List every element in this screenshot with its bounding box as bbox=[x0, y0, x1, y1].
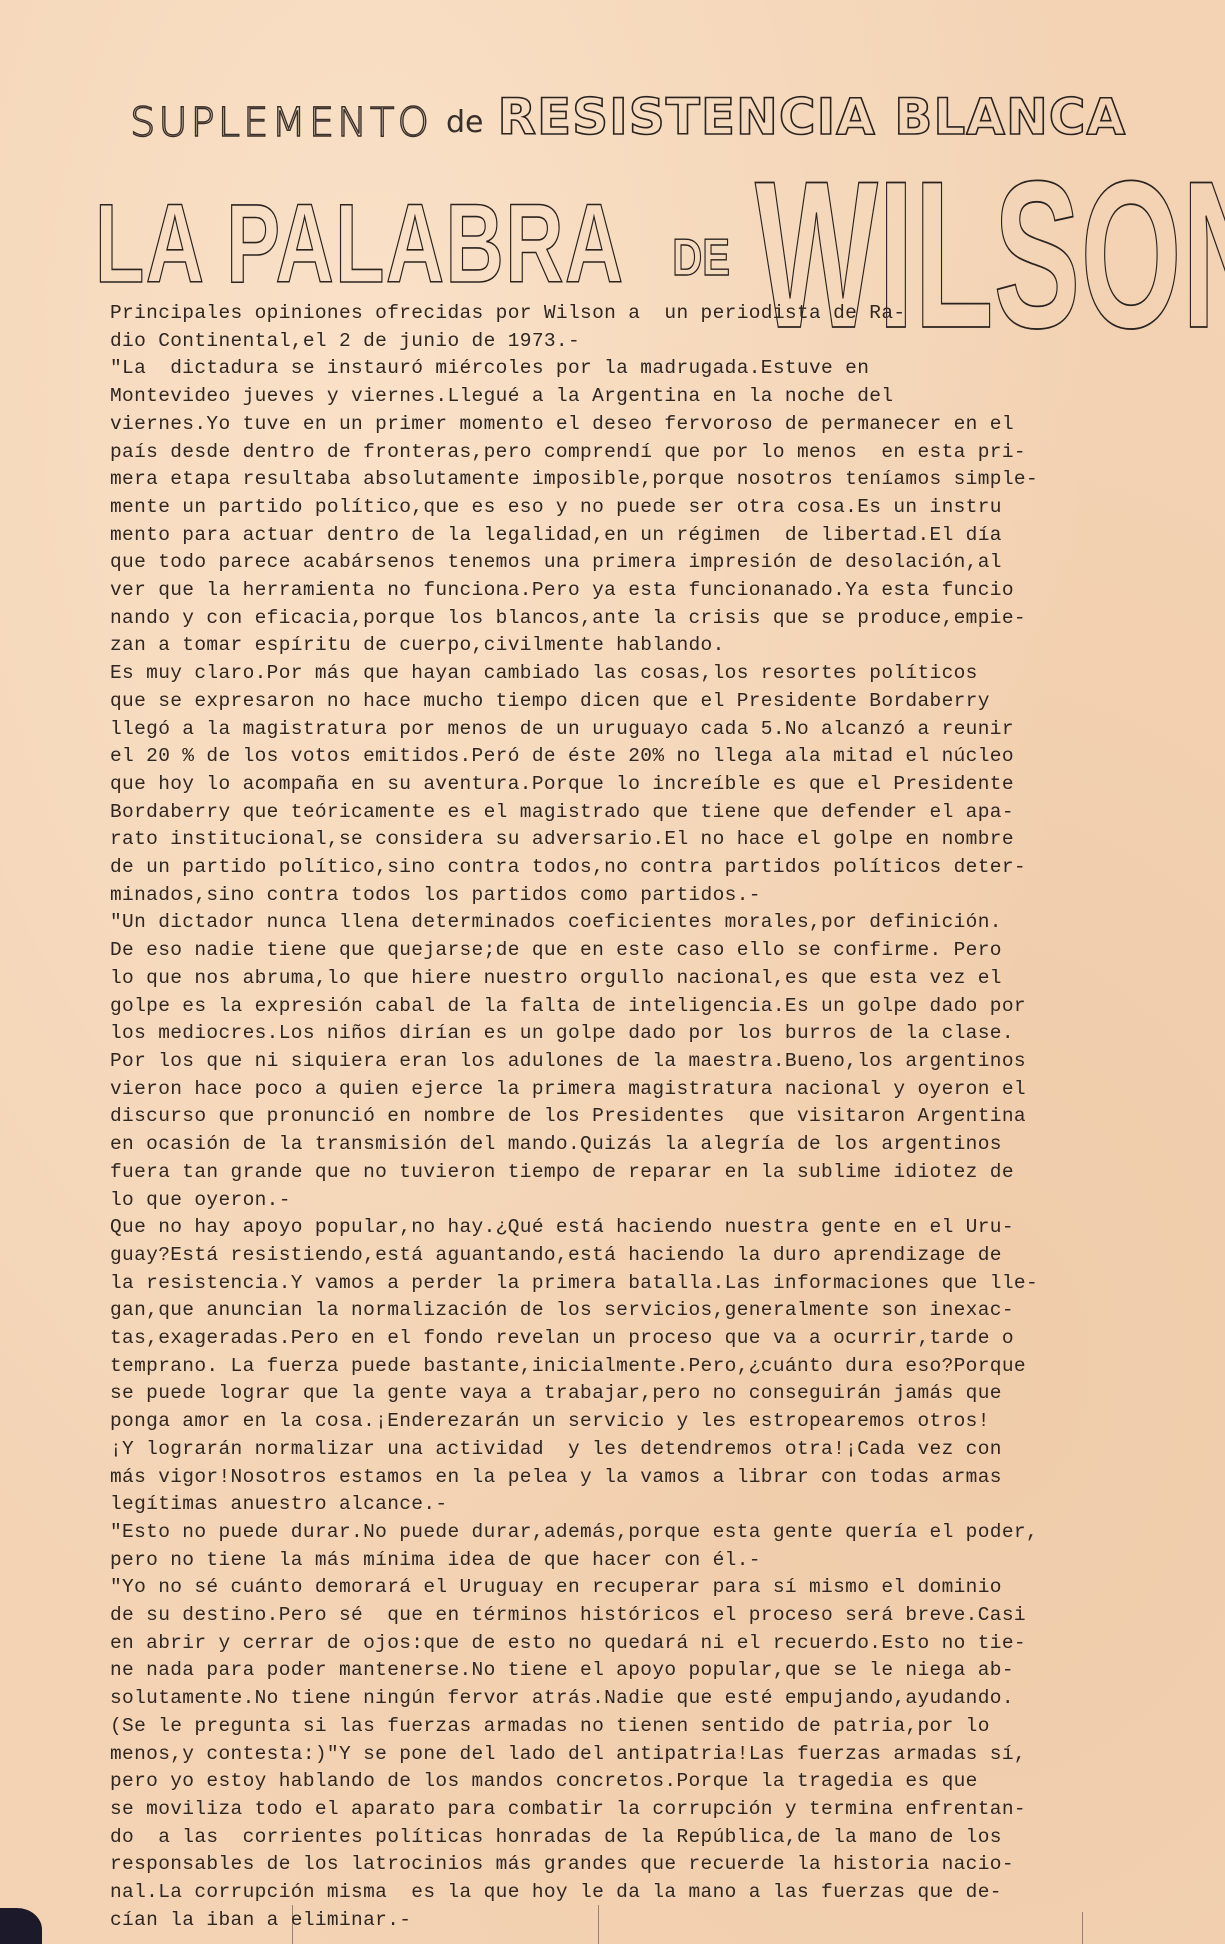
text-line: zan a tomar espíritu de cuerpo,civilment… bbox=[110, 632, 1130, 660]
text-line: ne nada para poder mantenerse.No tiene e… bbox=[110, 1657, 1130, 1685]
title-part-1: LA PALABRA bbox=[95, 188, 625, 300]
text-line: el 20 % de los votos emitidos.Peró de és… bbox=[110, 743, 1130, 771]
text-line: nando y con eficacia,porque los blancos,… bbox=[110, 605, 1130, 633]
text-line: rato institucional,se considera su adver… bbox=[110, 826, 1130, 854]
text-line: tas,exageradas.Pero en el fondo revelan … bbox=[110, 1325, 1130, 1353]
paper-crease bbox=[292, 1905, 293, 1944]
text-line: en abrir y cerrar de ojos:que de esto no… bbox=[110, 1630, 1130, 1658]
text-line: guay?Está resistiendo,está aguantando,es… bbox=[110, 1242, 1130, 1270]
text-line: golpe es la expresión cabal de la falta … bbox=[110, 993, 1130, 1021]
text-line: los mediocres.Los niños dirían es un gol… bbox=[110, 1020, 1130, 1048]
text-line: legítimas anuestro alcance.- bbox=[110, 1491, 1130, 1519]
text-line: que todo parece acabársenos tenemos una … bbox=[110, 549, 1130, 577]
text-line: responsables de los latrocinios más gran… bbox=[110, 1851, 1130, 1879]
text-line: (Se le pregunta si las fuerzas armadas n… bbox=[110, 1713, 1130, 1741]
text-line: "Un dictador nunca llena determinados co… bbox=[110, 909, 1130, 937]
document-page: SUPLEMENTO de RESISTENCIA BLANCA LA PALA… bbox=[0, 0, 1225, 1944]
title-de: DE bbox=[672, 228, 730, 288]
text-line: menos,y contesta:)"Y se pone del lado de… bbox=[110, 1741, 1130, 1769]
text-line: Es muy claro.Por más que hayan cambiado … bbox=[110, 660, 1130, 688]
text-line: se puede lograr que la gente vaya a trab… bbox=[110, 1380, 1130, 1408]
text-line: que se expresaron no hace mucho tiempo d… bbox=[110, 688, 1130, 716]
text-line: en ocasión de la transmisión del mando.Q… bbox=[110, 1131, 1130, 1159]
text-line: se moviliza todo el aparato para combati… bbox=[110, 1796, 1130, 1824]
text-line: pero no tiene la más mínima idea de que … bbox=[110, 1547, 1130, 1575]
paper-crease bbox=[598, 1905, 599, 1944]
ink-blot bbox=[0, 1908, 42, 1944]
text-line: do a las corrientes políticas honradas d… bbox=[110, 1824, 1130, 1852]
text-line: discurso que pronunció en nombre de los … bbox=[110, 1103, 1130, 1131]
text-line: viernes.Yo tuve en un primer momento el … bbox=[110, 411, 1130, 439]
text-line: que hoy lo acompaña en su aventura.Porqu… bbox=[110, 771, 1130, 799]
text-line: mera etapa resultaba absolutamente impos… bbox=[110, 466, 1130, 494]
text-line: lo que nos abruma,lo que hiere nuestro o… bbox=[110, 965, 1130, 993]
text-line: cían la iban a eliminar.- bbox=[110, 1907, 1130, 1935]
text-line: Principales opiniones ofrecidas por Wils… bbox=[110, 300, 1130, 328]
text-line: minados,sino contra todos los partidos c… bbox=[110, 882, 1130, 910]
text-line: Por los que ni siquiera eran los adulone… bbox=[110, 1048, 1130, 1076]
text-line: llegó a la magistratura por menos de un … bbox=[110, 716, 1130, 744]
text-line: fuera tan grande que no tuvieron tiempo … bbox=[110, 1159, 1130, 1187]
text-line: temprano. La fuerza puede bastante,inici… bbox=[110, 1353, 1130, 1381]
text-line: solutamente.No tiene ningún fervor atrás… bbox=[110, 1685, 1130, 1713]
text-line: mente un partido político,que es eso y n… bbox=[110, 494, 1130, 522]
text-line: "Esto no puede durar.No puede durar,adem… bbox=[110, 1519, 1130, 1547]
text-line: lo que oyeron.- bbox=[110, 1187, 1130, 1215]
text-line: vieron hace poco a quien ejerce la prime… bbox=[110, 1076, 1130, 1104]
text-line: nal.La corrupción misma es la que hoy le… bbox=[110, 1879, 1130, 1907]
text-line: Que no hay apoyo popular,no hay.¿Qué est… bbox=[110, 1214, 1130, 1242]
text-line: gan,que anuncian la normalización de los… bbox=[110, 1297, 1130, 1325]
text-line: mento para actuar dentro de la legalidad… bbox=[110, 522, 1130, 550]
paper-crease bbox=[1082, 1912, 1083, 1944]
text-line: de un partido político,sino contra todos… bbox=[110, 854, 1130, 882]
text-line: ponga amor en la cosa.¡Enderezarán un se… bbox=[110, 1408, 1130, 1436]
text-line: país desde dentro de fronteras,pero comp… bbox=[110, 439, 1130, 467]
text-line: ver que la herramienta no funciona.Pero … bbox=[110, 577, 1130, 605]
text-line: "La dictadura se instauró miércoles por … bbox=[110, 355, 1130, 383]
text-line: Montevideo jueves y viernes.Llegué a la … bbox=[110, 383, 1130, 411]
text-line: dio Continental,el 2 de junio de 1973.- bbox=[110, 328, 1130, 356]
text-line: más vigor!Nosotros estamos en la pelea y… bbox=[110, 1464, 1130, 1492]
text-line: De eso nadie tiene que quejarse;de que e… bbox=[110, 937, 1130, 965]
typed-body-text: Principales opiniones ofrecidas por Wils… bbox=[110, 300, 1130, 1934]
text-line: "Yo no sé cuánto demorará el Uruguay en … bbox=[110, 1574, 1130, 1602]
text-line: de su destino.Pero sé que en términos hi… bbox=[110, 1602, 1130, 1630]
supplement-prefix: SUPLEMENTO bbox=[130, 100, 432, 146]
text-line: pero yo estoy hablando de los mandos con… bbox=[110, 1768, 1130, 1796]
text-line: Bordaberry que teóricamente es el magist… bbox=[110, 799, 1130, 827]
text-line: la resistencia.Y vamos a perder la prime… bbox=[110, 1270, 1130, 1298]
text-line: ¡Y lograrán normalizar una actividad y l… bbox=[110, 1436, 1130, 1464]
supplement-de: de bbox=[446, 105, 484, 140]
